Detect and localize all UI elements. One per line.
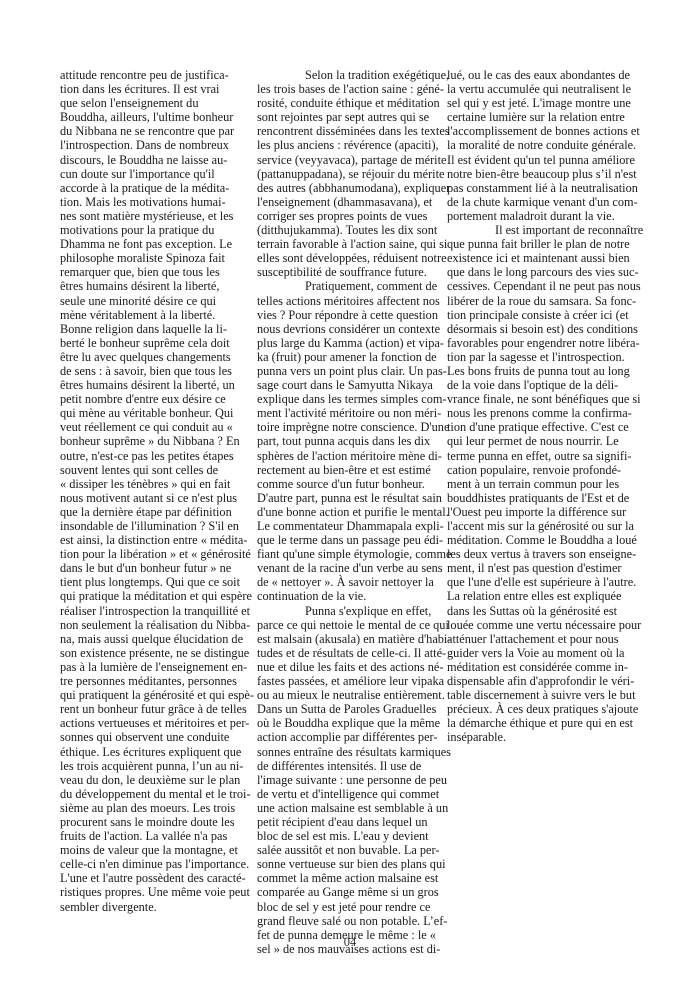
text-line: service (veyyavaca), partage de mérite [257, 153, 443, 167]
text-line: telles actions méritoires affectent nos [257, 294, 443, 308]
text-line: êtres humains désirent la liberté, [60, 279, 256, 293]
text-line: précieux. À ces deux pratiques s'ajoute [447, 702, 643, 716]
text-line: comparée au Gange même si un gros [257, 885, 443, 899]
text-line: favorables pour engendrer notre libéra- [447, 336, 643, 350]
text-line: notre bien-être beaucoup plus s’il n'est [447, 167, 643, 181]
text-line: comme source d'un futur bonheur. [257, 477, 443, 491]
text-line: petit nombre d'entre eux désire ce [60, 392, 256, 406]
text-line: Punna s'explique en effet, [257, 604, 443, 618]
text-line: moins de valeur que la montagne, et [60, 843, 256, 857]
text-line: discours, le Bouddha ne laisse au- [60, 153, 256, 167]
text-line: attitude rencontre peu de justifica- [60, 68, 256, 82]
text-line: ou au mieux le neutralise entièrement. [257, 688, 443, 702]
text-line: fiant qu'une simple étymologie, comme [257, 547, 443, 561]
text-line: insondable de l'illumination ? S'il en [60, 519, 256, 533]
text-line: Il est évident qu'un tel punna améliore [447, 153, 643, 167]
text-line: accorde à la pratique de la médita- [60, 181, 256, 195]
text-line: table discernement à suivre vers le but [447, 688, 643, 702]
text-line: atténuer l'attachement et pour nous [447, 632, 643, 646]
text-line: éthique. Les écritures expliquent que [60, 745, 256, 759]
text-line: certaine lumière sur la relation entre [447, 110, 643, 124]
text-line: venant de la racine d'un verbe au sens [257, 561, 443, 575]
text-line: de la chute karmique venant d'un com- [447, 195, 643, 209]
text-line: L'une et l'autre possèdent des caracté- [60, 871, 256, 885]
text-line: Il est important de reconnaître [447, 223, 643, 237]
text-line: « dissiper les ténèbres » qui en fait [60, 477, 256, 491]
text-line: des autres (abbhanumodana), expliquer [257, 181, 443, 195]
text-line: Pratiquement, comment de [257, 279, 443, 293]
text-line: sembler divergente. [60, 900, 256, 914]
text-line: philosophe moraliste Spinoza fait [60, 251, 256, 265]
text-line: nous devrions considérer un contexte [257, 322, 443, 336]
text-line: vrance finale, ne sont bénéfiques que si [447, 392, 643, 406]
text-line: du Nibbana ne se rencontre que par [60, 124, 256, 138]
text-line: du développement du mental et le troi- [60, 787, 256, 801]
text-line: cation populaire, renvoie profondé- [447, 463, 643, 477]
text-line: ristiques propres. Une même voie peut [60, 885, 256, 899]
text-line: méditation est considérée comme in- [447, 660, 643, 674]
text-line: que la dernière étape par définition [60, 505, 256, 519]
text-line: une action malsaine est semblable à un [257, 801, 443, 815]
text-line: rosité, conduite éthique et méditation [257, 96, 443, 110]
text-line: Les bons fruits de punna tout au long [447, 364, 643, 378]
text-line: dans le but d'un bonheur futur » ne [60, 561, 256, 575]
text-line: veau du don, le deuxième sur le plan [60, 773, 256, 787]
text-line: réaliser l'introspection la tranquillité… [60, 604, 256, 618]
text-line: qui pratiquent la générosité et qui espè… [60, 688, 256, 702]
text-line: l'image suivante : une personne de peu [257, 773, 443, 787]
text-line: veut réellement ce qui conduit au « [60, 420, 256, 434]
text-line: vies ? Pour répondre à cette question [257, 308, 443, 322]
text-line: tion. Mais les motivations humai- [60, 195, 256, 209]
text-line: rent un bonheur futur grâce à de telles [60, 702, 256, 716]
text-line: continuation de la vie. [257, 589, 443, 603]
text-line: pas à la lumière de l'enseignement en- [60, 660, 256, 674]
text-column-3: lué, ou le cas des eaux abondantes dela … [447, 68, 643, 745]
text-line: terrain favorable à l'action saine, qui … [257, 237, 443, 251]
text-line: Dhamma ne font pas exception. Le [60, 237, 256, 251]
text-line: terme punna en effet, outre sa signifi- [447, 449, 643, 463]
text-line: non seulement la réalisation du Nibba- [60, 618, 256, 632]
text-line: grand fleuve salé ou non potable. L’ef- [257, 914, 443, 928]
text-line: que punna fait briller le plan de notre [447, 237, 643, 251]
text-line: nous les prenons comme la confirma- [447, 406, 643, 420]
text-line: rectement au bien-être et est estimé [257, 463, 443, 477]
text-line: plus large du Kamma (action) et vipa- [257, 336, 443, 350]
text-line: pas constamment lié à la neutralisation [447, 181, 643, 195]
text-line: de vertu et d'intelligence qui commet [257, 787, 443, 801]
text-line: de la voie dans l'optique de la déli- [447, 378, 643, 392]
text-line: bouddhistes pratiquants de l'Est et de [447, 491, 643, 505]
text-line: salée aussitôt et non buvable. La per- [257, 843, 443, 857]
text-line: portement maladroit durant la vie. [447, 209, 643, 223]
text-line: cessives. Cependant il ne peut pas nous [447, 279, 643, 293]
text-line: nous motivent autant si ce n'est plus [60, 491, 256, 505]
text-line: bloc de sel y est jeté pour rendre ce [257, 900, 443, 914]
text-line: d'une bonne action et purifie le mental. [257, 505, 443, 519]
text-line: explique dans les termes simples com- [257, 392, 443, 406]
text-line: sphères de l'action méritoire mène di- [257, 449, 443, 463]
text-line: celle-ci n'en diminue pas l'importance. [60, 857, 256, 871]
text-line: na, mais aussi quelque élucidation de [60, 632, 256, 646]
text-line: qui leur permet de nous nourrir. Le [447, 434, 643, 448]
text-line: tion pour la libération » et « générosit… [60, 547, 256, 561]
text-line: que selon l'enseignement du [60, 96, 256, 110]
text-line: est ainsi, la distinction entre « médita… [60, 533, 256, 547]
text-line: corriger ses propres points de vues [257, 209, 443, 223]
text-line: guider vers la Voie au moment où la [447, 646, 643, 660]
text-line: fruits de l'action. La vallée n'a pas [60, 829, 256, 843]
text-line: susceptibilité de souffrance future. [257, 265, 443, 279]
text-line: D'autre part, punna est le résultat sain [257, 491, 443, 505]
text-line: louée comme une vertu nécessaire pour [447, 618, 643, 632]
text-line: que l'une d'elle est supérieure à l'autr… [447, 575, 643, 589]
text-line: que dans le long parcours des vies suc- [447, 265, 643, 279]
text-line: cun doute sur l'importance qu'il [60, 167, 256, 181]
text-line: sonne vertueuse sur bien des plans qui [257, 857, 443, 871]
text-line: actions vertueuses et méritoires et per- [60, 716, 256, 730]
text-line: berté le bonheur suprême cela doit [60, 336, 256, 350]
text-line: tudes et de résultats de celle-ci. Il at… [257, 646, 443, 660]
text-line: motivations pour la pratique du [60, 223, 256, 237]
text-line: désormais si besoin est) des conditions [447, 322, 643, 336]
text-line: Selon la tradition exégétique, [257, 68, 443, 82]
text-line: punna vers un point plus clair. Un pas- [257, 364, 443, 378]
text-line: outre, n'est-ce pas les petites étapes [60, 449, 256, 463]
text-line: les plus anciens : révérence (apaciti), [257, 138, 443, 152]
text-line: êtres humains désirent la liberté, un [60, 378, 256, 392]
text-line: Bonne religion dans laquelle la li- [60, 322, 256, 336]
text-line: être lu avec quelques changements [60, 350, 256, 364]
text-line: Bouddha, ailleurs, l'ultime bonheur [60, 110, 256, 124]
text-line: tient plus longtemps. Qui que ce soit [60, 575, 256, 589]
text-line: rencontrent disséminées dans les textes [257, 124, 443, 138]
text-line: parce ce qui nettoie le mental de ce qui [257, 618, 443, 632]
text-line: commet la même action malsaine est [257, 871, 443, 885]
text-line: La relation entre elles est expliquée [447, 589, 643, 603]
text-line: mène véritablement à la liberté. [60, 308, 256, 322]
text-line: que le terme dans un passage peu édi- [257, 533, 443, 547]
text-line: ment, il n'est pas question d'estimer [447, 561, 643, 575]
text-line: l'accomplissement de bonnes actions et [447, 124, 643, 138]
text-column-2: Selon la tradition exégétique,les trois … [257, 68, 443, 956]
text-line: (ditthujukamma). Toutes les dix sont [257, 223, 443, 237]
text-line: dans les Suttas où la générosité est [447, 604, 643, 618]
text-line: seule une minorité désire ce qui [60, 294, 256, 308]
text-column-1: attitude rencontre peu de justifica-tion… [60, 68, 256, 914]
text-line: les trois acquièrent punna, l’un au ni- [60, 759, 256, 773]
text-line: la vertu accumulée qui neutralisent le [447, 82, 643, 96]
text-line: action accomplie par différentes per- [257, 730, 443, 744]
text-line: tion dans les écritures. Il est vrai [60, 82, 256, 96]
text-line: fastes passées, et améliore leur vipaka [257, 674, 443, 688]
text-line: ment l'activité méritoire ou non méri- [257, 406, 443, 420]
text-line: petit récipient d'eau dans lequel un [257, 815, 443, 829]
text-line: lué, ou le cas des eaux abondantes de [447, 68, 643, 82]
text-line: nue et dilue les faits et des actions né… [257, 660, 443, 674]
text-line: ment à un terrain commun pour les [447, 477, 643, 491]
text-line: l'Ouest peu importe la différence sur [447, 505, 643, 519]
text-line: tion par la sagesse et l'introspection. [447, 350, 643, 364]
text-line: procurent sans le moindre doute les [60, 815, 256, 829]
text-line: où le Bouddha explique que la même [257, 716, 443, 730]
text-line: qui pratique la méditation et qui espère [60, 589, 256, 603]
text-line: remarquer que, bien que tous les [60, 265, 256, 279]
text-line: méditation. Comme le Bouddha a loué [447, 533, 643, 547]
text-line: dispensable afin d'approfondir le véri- [447, 674, 643, 688]
text-line: l'accent mis sur la générosité ou sur la [447, 519, 643, 533]
text-line: sonnes qui observent une conduite [60, 730, 256, 744]
text-line: Le commentateur Dhammapala expli- [257, 519, 443, 533]
text-line: sel qui y est jeté. L'image montre une [447, 96, 643, 110]
text-line: nes sont matière mystérieuse, et les [60, 209, 256, 223]
text-line: ka (fruit) pour amener la fonction de [257, 350, 443, 364]
text-line: la démarche éthique et pure qui en est [447, 716, 643, 730]
text-line: les trois bases de l'action saine : géné… [257, 82, 443, 96]
text-line: sième au plan des moeurs. Les trois [60, 801, 256, 815]
text-line: toire imprègne notre conscience. D'une [257, 420, 443, 434]
text-line: la moralité de notre conduite générale. [447, 138, 643, 152]
text-line: l'introspection. Dans de nombreux [60, 138, 256, 152]
text-line: de « nettoyer ». À savoir nettoyer la [257, 575, 443, 589]
text-line: les deux vertus à travers son enseigne- [447, 547, 643, 561]
text-line: inséparable. [447, 730, 643, 744]
text-line: de sens : à savoir, bien que tous les [60, 364, 256, 378]
text-line: sonnes entraîne des résultats karmiques [257, 745, 443, 759]
text-line: tion principale consiste à créer ici (et [447, 308, 643, 322]
text-line: tion d'une pratique effective. C'est ce [447, 420, 643, 434]
text-line: existence ici et maintenant aussi bien [447, 251, 643, 265]
text-line: est malsain (akusala) en matière d'habi- [257, 632, 443, 646]
text-line: l'enseignement (dhammasavana), et [257, 195, 443, 209]
text-line: souvent lentes qui sont celles de [60, 463, 256, 477]
text-line: son existence présente, ne se distingue [60, 646, 256, 660]
document-page: attitude rencontre peu de justifica-tion… [0, 0, 700, 990]
text-line: (pattanuppadana), se réjouir du mérite [257, 167, 443, 181]
text-line: elles sont développées, réduisent notre [257, 251, 443, 265]
text-line: part, tout punna acquis dans les dix [257, 434, 443, 448]
text-line: sont rejointes par sept autres qui se [257, 110, 443, 124]
text-line: tre personnes méditantes, personnes [60, 674, 256, 688]
text-line: Dans un Sutta de Paroles Graduelles [257, 702, 443, 716]
text-line: libérer de la roue du samsara. Sa fonc- [447, 294, 643, 308]
text-line: sage court dans le Samyutta Nikaya [257, 378, 443, 392]
text-line: bloc de sel est mis. L'eau y devient [257, 829, 443, 843]
text-line: bonheur suprême » du Nibbana ? En [60, 434, 256, 448]
text-line: qui mène au véritable bonheur. Qui [60, 406, 256, 420]
page-number: 04 [0, 935, 700, 949]
text-line: de différentes intensités. Il use de [257, 759, 443, 773]
